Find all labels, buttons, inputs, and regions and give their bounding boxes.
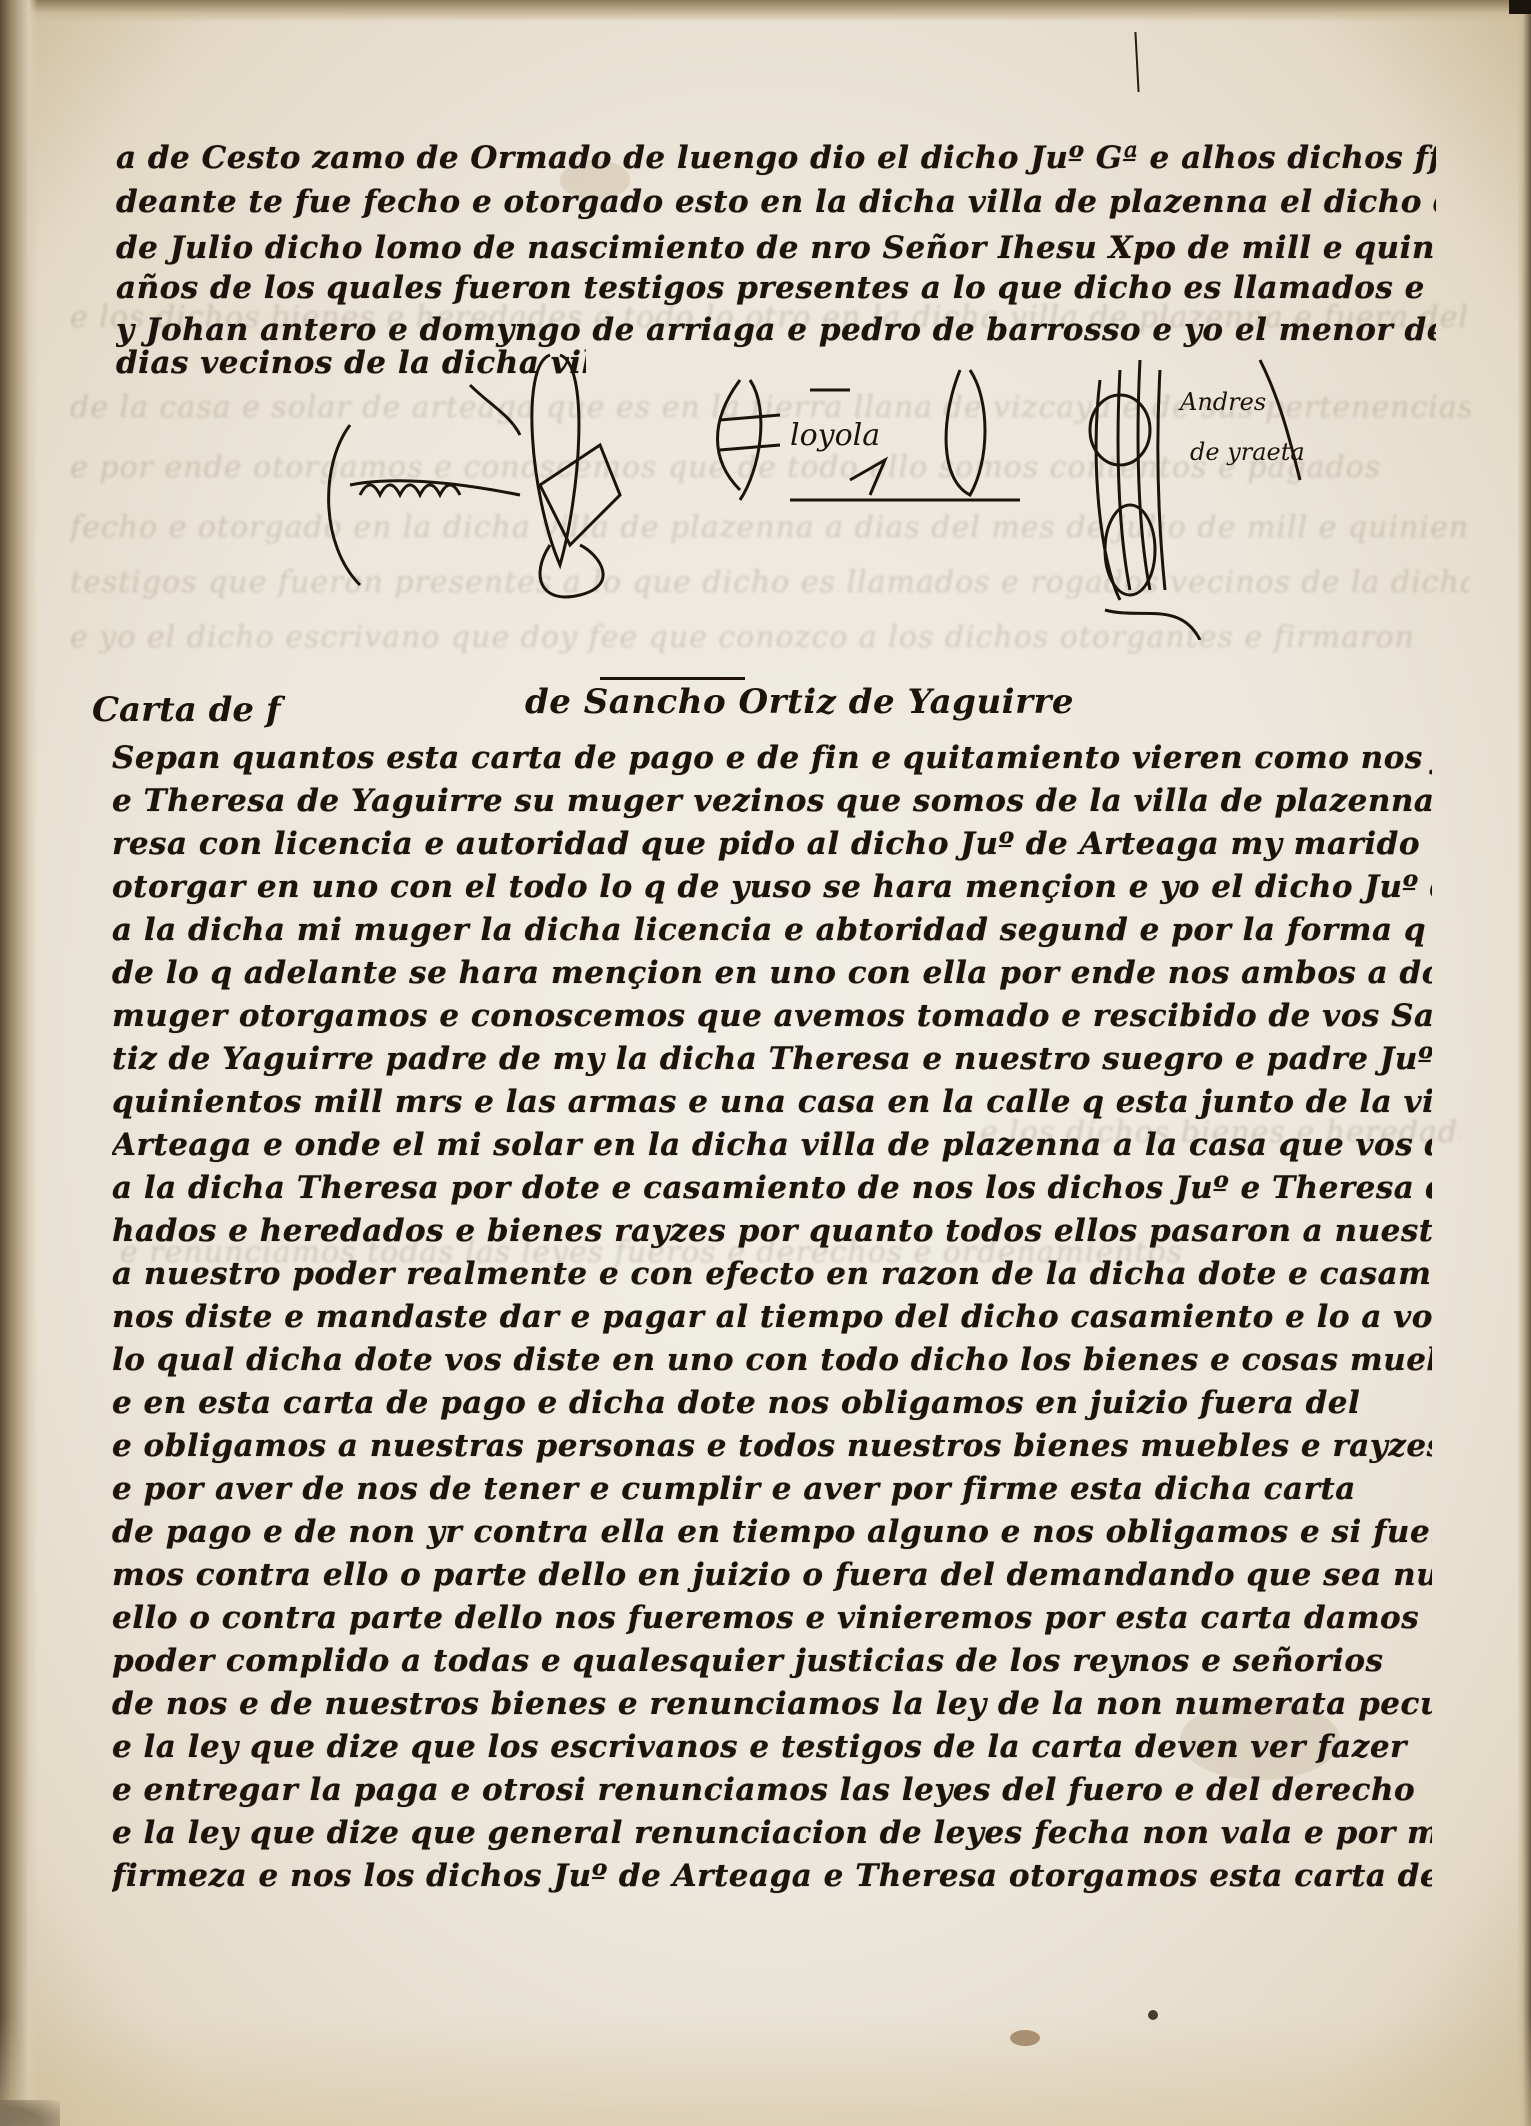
manuscript-line: firmeza e nos los dichos Juº de Arteaga …	[112, 1858, 1432, 1894]
manuscript-line: lo qual dicha dote vos diste en uno con …	[112, 1342, 1432, 1378]
manuscript-line: quinientos mill mrs e las armas e una ca…	[112, 1084, 1432, 1120]
manuscript-line: tiz de Yaguirre padre de my la dicha The…	[112, 1041, 1432, 1077]
svg-text:de yraeta: de yraeta	[1190, 438, 1305, 466]
manuscript-line: e la ley que dize que general renunciaci…	[112, 1815, 1432, 1851]
margin-note: Carta de f	[92, 690, 280, 730]
manuscript-line: e obligamos a nuestras personas e todos …	[112, 1428, 1432, 1464]
ink-dot	[1148, 2010, 1158, 2020]
manuscript-line: años de los quales fueron testigos prese…	[116, 270, 1436, 306]
manuscript-line: Arteaga e onde el mi solar en la dicha v…	[112, 1127, 1432, 1163]
page-bottom-discoloration	[0, 2016, 1531, 2126]
manuscript-line: nos diste e mandaste dar e pagar al tiem…	[112, 1299, 1432, 1335]
manuscript-page: e los dichos bienes e heredades e todo l…	[0, 0, 1531, 2126]
page-top-edge	[0, 0, 1531, 22]
manuscript-line: de Julio dicho lomo de nascimiento de nr…	[116, 230, 1436, 266]
manuscript-line: e por aver de nos de tener e cumplir e a…	[112, 1471, 1432, 1507]
manuscript-line: e Theresa de Yaguirre su muger vezinos q…	[112, 783, 1432, 819]
manuscript-line: deante te fue fecho e otorgado esto en l…	[116, 184, 1436, 220]
manuscript-line: mos contra ello o parte dello en juizio …	[112, 1557, 1432, 1593]
manuscript-line: a la dicha mi muger la dicha licencia e …	[112, 912, 1432, 948]
manuscript-line: de lo q adelante se hara mençion en uno …	[112, 955, 1432, 991]
scan-corner-top-right	[1509, 0, 1531, 14]
manuscript-line: de nos e de nuestros bienes e renunciamo…	[112, 1686, 1432, 1722]
heading-overline	[600, 677, 745, 680]
manuscript-line: ello o contra parte dello nos fueremos e…	[112, 1600, 1432, 1636]
signature-center: loyola	[700, 360, 1030, 510]
manuscript-line: de pago e de non yr contra ella en tiemp…	[112, 1514, 1432, 1550]
svg-text:Andres: Andres	[1178, 388, 1266, 416]
manuscript-line: e entregar la paga e otrosi renunciamos …	[112, 1772, 1432, 1808]
signature-left	[320, 345, 640, 605]
ink-stain	[1010, 2030, 1040, 2046]
manuscript-line: e la ley que dize que los escrivanos e t…	[112, 1729, 1432, 1765]
manuscript-line: a la dicha Theresa por dote e casamiento…	[112, 1170, 1432, 1206]
signature-right: Andres de yraeta	[1060, 340, 1320, 640]
manuscript-line: poder complido a todas e qualesquier jus…	[112, 1643, 1432, 1679]
ink-tick-mark	[1134, 32, 1139, 92]
manuscript-line: e en esta carta de pago e dicha dote nos…	[112, 1385, 1432, 1421]
document-heading: de Sancho Ortiz de Yaguirre	[525, 682, 1074, 722]
manuscript-line: a nuestro poder realmente e con efecto e…	[112, 1256, 1432, 1292]
svg-text:loyola: loyola	[790, 418, 880, 453]
manuscript-line: hados e heredados e bienes rayzes por qu…	[112, 1213, 1432, 1249]
manuscript-line: a de Cesto zamo de Ormado de luengo dio …	[116, 140, 1436, 176]
page-binding-edge	[0, 0, 38, 2126]
manuscript-line: muger otorgamos e conoscemos que avemos …	[112, 998, 1432, 1034]
manuscript-line: Sepan quantos esta carta de pago e de fi…	[112, 740, 1432, 776]
page-right-edge	[1517, 0, 1531, 2126]
manuscript-line: resa con licencia e autoridad que pido a…	[112, 826, 1432, 862]
manuscript-line: otorgar en uno con el todo lo q de yuso …	[112, 869, 1432, 905]
